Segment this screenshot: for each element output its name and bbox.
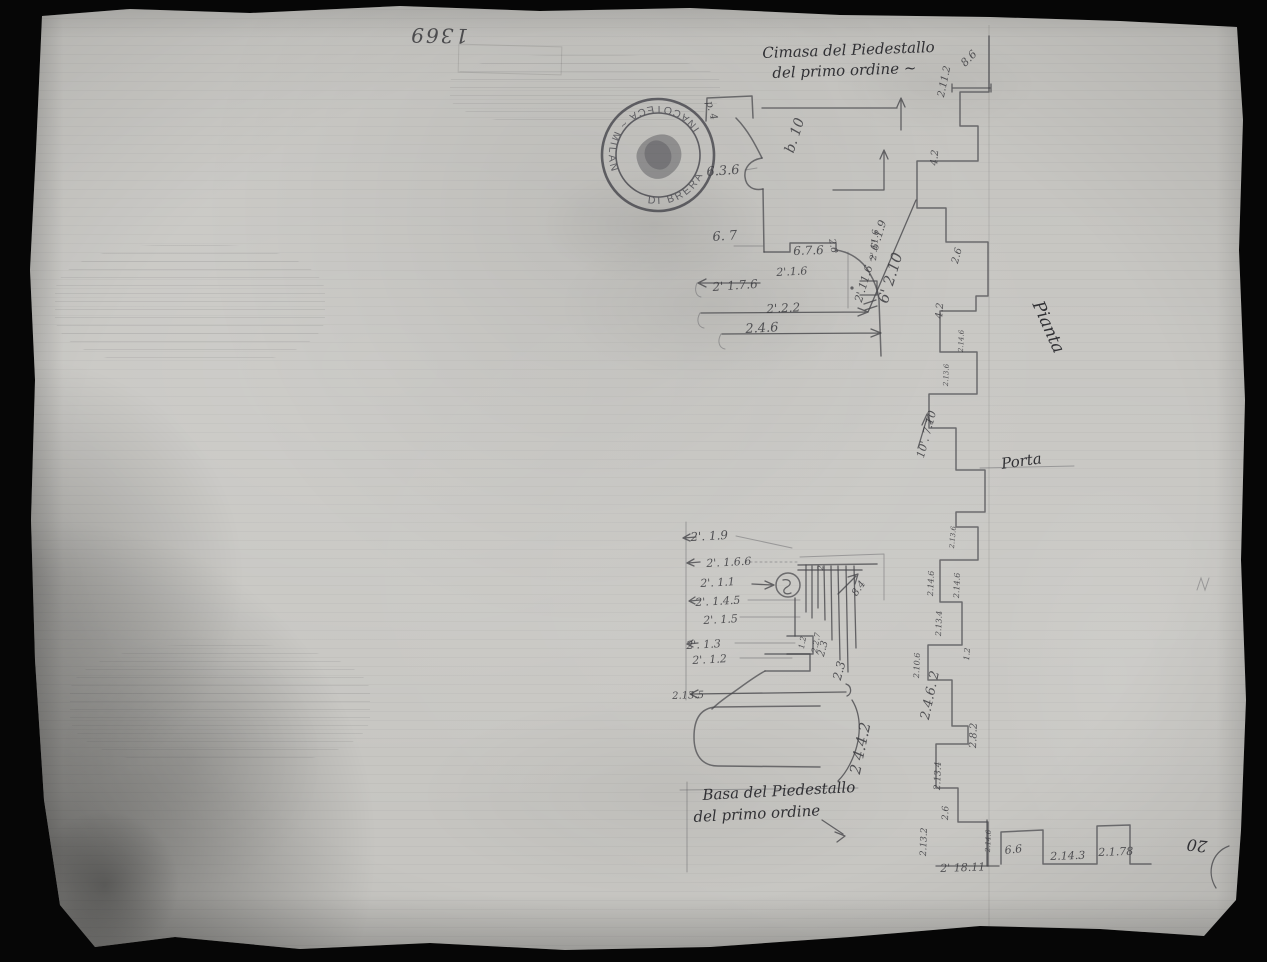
cimasa-profile-sketch <box>696 96 916 356</box>
page-number: 20 <box>1186 835 1208 856</box>
inventory-stamp-box <box>458 44 563 76</box>
pianta-step-outline <box>917 36 1209 866</box>
page-number-paren <box>1211 846 1229 888</box>
basa-plan-sketch <box>680 684 859 872</box>
scan-background: PINACOTECA ~ MILANO DI BRERA <box>0 0 1267 962</box>
inventory-number: 1369 <box>409 23 468 48</box>
sketch-drawing: PINACOTECA ~ MILANO DI BRERA <box>0 0 1267 962</box>
brera-stamp: PINACOTECA ~ MILANO DI BRERA <box>582 79 733 230</box>
paper-sheet: PINACOTECA ~ MILANO DI BRERA <box>0 0 1267 962</box>
basa-profile-sketch <box>683 522 884 709</box>
